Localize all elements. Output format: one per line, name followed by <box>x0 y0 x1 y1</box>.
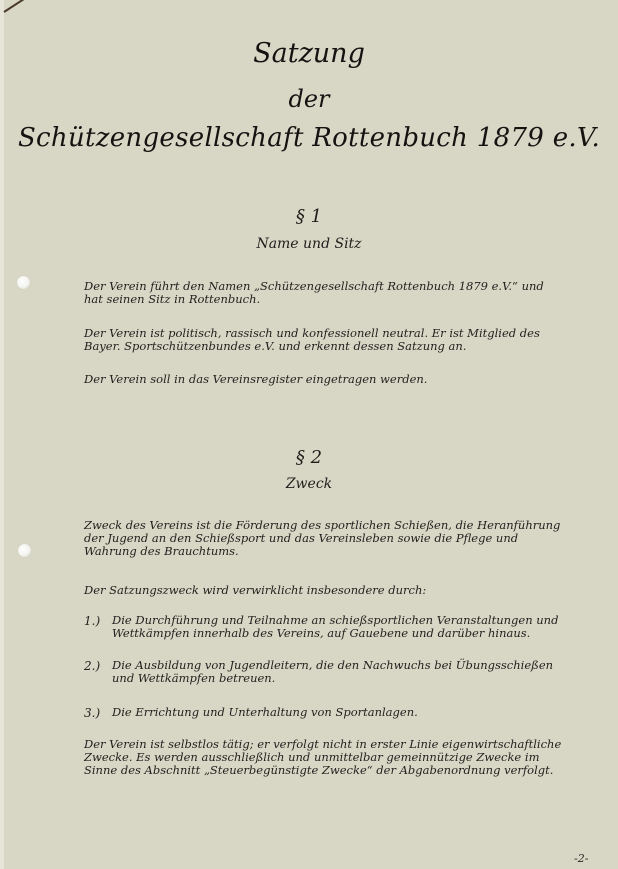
punch-hole-icon <box>18 544 31 557</box>
section-1-paragraph: Der Verein führt den Namen „Schützengese… <box>84 280 564 306</box>
list-item-number: 2.) <box>84 659 100 673</box>
section-1-heading: Name und Sitz <box>0 236 618 252</box>
organization-name: Schützengesellschaft Rottenbuch 1879 e.V… <box>0 123 618 153</box>
section-2-lead: Der Satzungszweck wird verwirklicht insb… <box>84 584 564 597</box>
punch-hole-icon <box>17 276 30 289</box>
list-item-number: 1.) <box>84 614 100 628</box>
scanned-page: Satzung der Schützengesellschaft Rottenb… <box>0 0 618 869</box>
document-title-connector: der <box>0 85 618 113</box>
list-item: Die Ausbildung von Jugendleitern, die de… <box>112 659 564 685</box>
section-2-closing: Der Verein ist selbstlos tätig; er verfo… <box>84 738 564 777</box>
section-1-paragraph: Der Verein soll in das Vereinsregister e… <box>84 373 564 386</box>
section-2-symbol: § 2 <box>0 447 618 468</box>
page-number: -2- <box>574 852 588 865</box>
section-1-paragraph: Der Verein ist politisch, rassisch und k… <box>84 327 564 353</box>
list-item-number: 3.) <box>84 706 100 720</box>
document-title: Satzung <box>0 38 618 69</box>
list-item: Die Errichtung und Unterhaltung von Spor… <box>112 706 564 719</box>
list-item: Die Durchführung und Teilnahme an schieß… <box>112 614 564 640</box>
section-2-heading: Zweck <box>0 476 618 492</box>
section-2-intro: Zweck des Vereins ist die Förderung des … <box>84 519 564 558</box>
section-1-symbol: § 1 <box>0 206 618 227</box>
corner-pencil-mark <box>3 0 24 13</box>
